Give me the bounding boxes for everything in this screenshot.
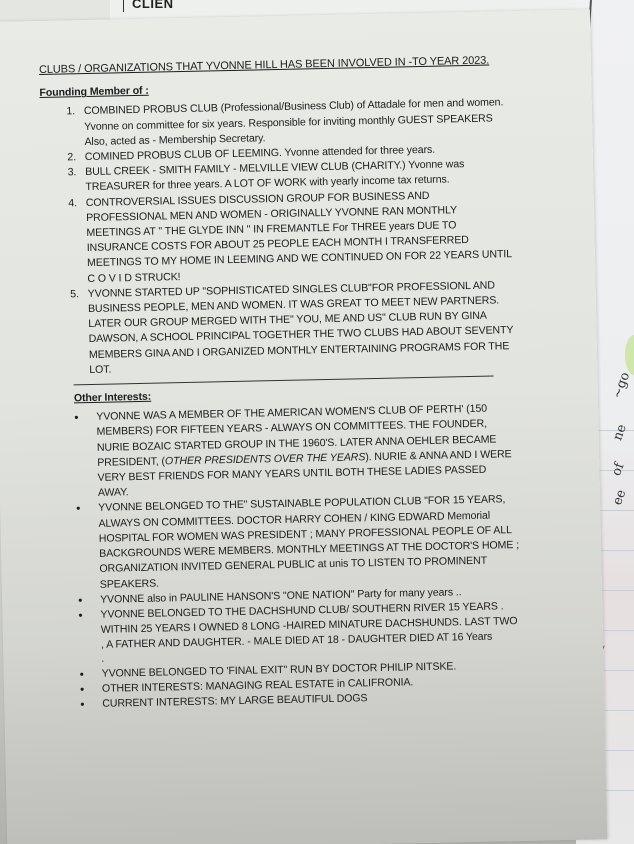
founding-item: CONTROVERSIAL ISSUES DISCUSSION GROUP FO…: [80, 187, 514, 287]
underlying-paper-text: CLIEN: [132, 0, 174, 11]
founding-item: YVONNE STARTED UP "SOPHISTICATED SINGLES…: [82, 278, 516, 378]
paper-edge-line: [123, 0, 124, 12]
document-content: CLUBS / ORGANIZATIONS THAT YVONNE HILL H…: [39, 53, 523, 713]
interest-item: YVONNE BELONGED TO THE DACHSHUND CLUB/ S…: [100, 599, 521, 666]
interest-italic-text: OTHER PRESIDENTS OVER THE YEARS: [165, 451, 366, 467]
interest-item: YVONNE WAS A MEMBER OF THE AMERICAN WOME…: [96, 401, 518, 501]
founding-list: COMBINED PROBUS CLUB (Professional/Busin…: [40, 96, 516, 379]
other-interests-list: YVONNE WAS A MEMBER OF THE AMERICAN WOME…: [46, 401, 522, 713]
document-sheet: CLUBS / ORGANIZATIONS THAT YVONNE HILL H…: [0, 9, 607, 844]
interest-item: YVONNE BELONGED TO THE" SUSTAINABLE POPU…: [98, 493, 520, 593]
document-title: CLUBS / ORGANIZATIONS THAT YVONNE HILL H…: [39, 53, 509, 78]
interest-text: YVONNE BELONGED TO THE DACHSHUND CLUB/ S…: [100, 600, 517, 651]
